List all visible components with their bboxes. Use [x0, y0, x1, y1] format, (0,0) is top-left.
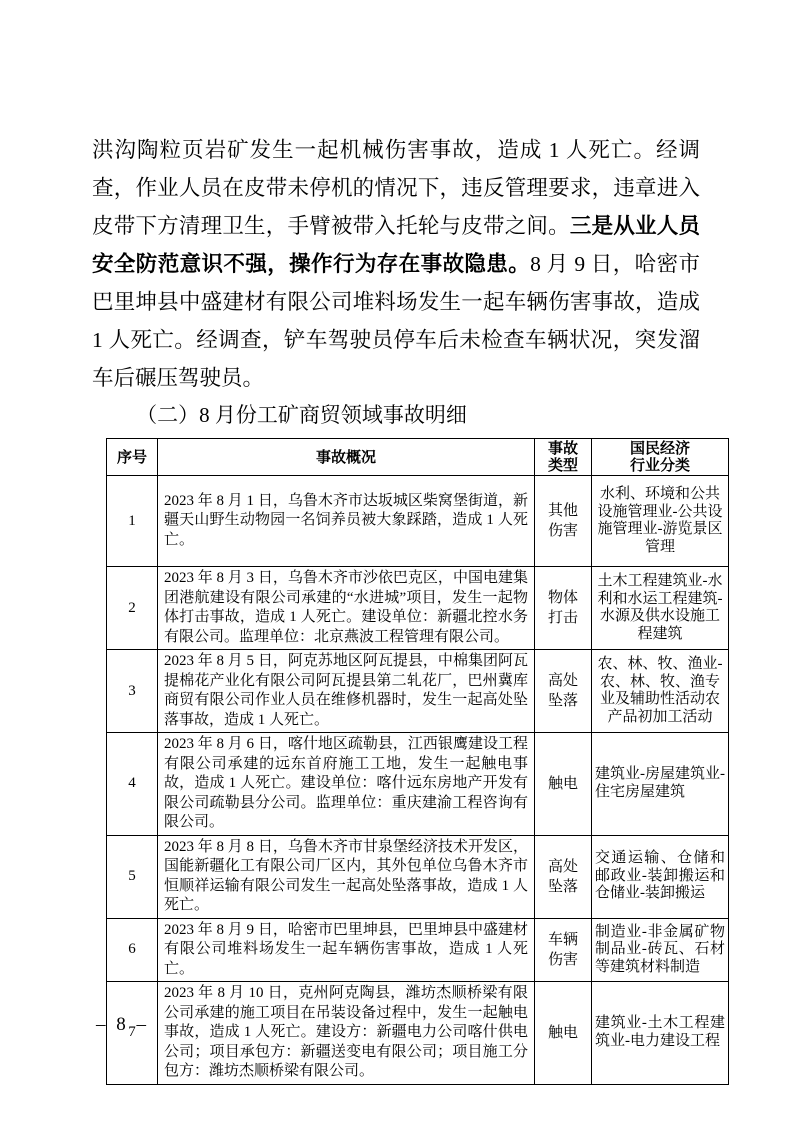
row-overview-cell: 2023 年 8 月 1 日，乌鲁木齐市达坂城区柴窝堡街道，新疆天山野生动物园一…: [158, 476, 535, 567]
header-cell-overview: 事故概况: [158, 439, 535, 476]
row-industry-cell: 制造业-非金属矿物制品业-砖瓦、石材等建筑材料制造: [592, 918, 729, 982]
row-overview-cell: 2023 年 8 月 9 日，哈密市巴里坤县，巴里坤县中盛建材有限公司堆料场发生…: [158, 918, 535, 982]
row-type-cell: 物体 打击: [535, 567, 592, 650]
row-industry-cell: 土木工程建筑业-水利和水运工程建筑-水源及供水设施工程建筑: [592, 567, 729, 650]
row-industry-cell: 交通运输、仓储和邮政业-装卸搬运和仓储业-装卸搬运: [592, 835, 729, 918]
row-type-cell: 高处 坠落: [535, 835, 592, 918]
row-type-cell: 触电: [535, 982, 592, 1085]
header-cell-seq: 序号: [107, 439, 158, 476]
row-seq-cell: 3: [107, 650, 158, 733]
page-number: – 8 –: [96, 1014, 149, 1036]
section-heading: （二）8 月份工矿商贸领域事故明细: [92, 397, 700, 434]
header-cell-type: 事故 类型: [535, 439, 592, 476]
table-row: 52023 年 8 月 8 日，乌鲁木齐市甘泉堡经济技术开发区，国能新疆化工有限…: [107, 835, 729, 918]
table-row: 42023 年 8 月 6 日，喀什地区疏勒县，江西银鹰建设工程有限公司承建的远…: [107, 733, 729, 836]
row-seq-cell: 4: [107, 733, 158, 836]
table-row: 22023 年 8 月 3 日，乌鲁木齐市沙依巴克区，中国电建集团港航建设有限公…: [107, 567, 729, 650]
row-seq-cell: 2: [107, 567, 158, 650]
page-content: 洪沟陶粒页岩矿发生一起机械伤害事故，造成 1 人死亡。经调查，作业人员在皮带未停…: [92, 131, 700, 1085]
row-overview-cell: 2023 年 8 月 8 日，乌鲁木齐市甘泉堡经济技术开发区，国能新疆化工有限公…: [158, 835, 535, 918]
table-body: 12023 年 8 月 1 日，乌鲁木齐市达坂城区柴窝堡街道，新疆天山野生动物园…: [107, 476, 729, 1085]
document-page: 洪沟陶粒页岩矿发生一起机械伤害事故，造成 1 人死亡。经调查，作业人员在皮带未停…: [0, 0, 793, 1122]
row-seq-cell: 1: [107, 476, 158, 567]
row-industry-cell: 建筑业-房屋建筑业-住宅房屋建筑: [592, 733, 729, 836]
row-overview-cell: 2023 年 8 月 10 日，克州阿克陶县，潍坊杰顺桥梁有限公司承建的施工项目…: [158, 982, 535, 1085]
table-row: 72023 年 8 月 10 日，克州阿克陶县，潍坊杰顺桥梁有限公司承建的施工项…: [107, 982, 729, 1085]
table-header-row: 序号 事故概况 事故 类型 国民经济 行业分类: [107, 439, 729, 476]
header-cell-industry: 国民经济 行业分类: [592, 439, 729, 476]
row-overview-cell: 2023 年 8 月 6 日，喀什地区疏勒县，江西银鹰建设工程有限公司承建的远东…: [158, 733, 535, 836]
table-head: 序号 事故概况 事故 类型 国民经济 行业分类: [107, 439, 729, 476]
row-overview-cell: 2023 年 8 月 3 日，乌鲁木齐市沙依巴克区，中国电建集团港航建设有限公司…: [158, 567, 535, 650]
table-row: 62023 年 8 月 9 日，哈密市巴里坤县，巴里坤县中盛建材有限公司堆料场发…: [107, 918, 729, 982]
row-type-cell: 其他 伤害: [535, 476, 592, 567]
row-type-cell: 车辆 伤害: [535, 918, 592, 982]
paragraph-accident-summary: 洪沟陶粒页岩矿发生一起机械伤害事故，造成 1 人死亡。经调查，作业人员在皮带未停…: [92, 131, 700, 397]
row-industry-cell: 建筑业-土木工程建筑业-电力建设工程: [592, 982, 729, 1085]
row-seq-cell: 5: [107, 835, 158, 918]
row-industry-cell: 农、林、牧、渔业-农、林、牧、渔专业及辅助性活动农产品初加工活动: [592, 650, 729, 733]
row-industry-cell: 水利、环境和公共设施管理业-公共设施管理业-游览景区管理: [592, 476, 729, 567]
row-seq-cell: 6: [107, 918, 158, 982]
table-row: 12023 年 8 月 1 日，乌鲁木齐市达坂城区柴窝堡街道，新疆天山野生动物园…: [107, 476, 729, 567]
row-type-cell: 高处 坠落: [535, 650, 592, 733]
row-overview-cell: 2023 年 8 月 5 日，阿克苏地区阿瓦提县，中棉集团阿瓦提棉花产业化有限公…: [158, 650, 535, 733]
accident-detail-table: 序号 事故概况 事故 类型 国民经济 行业分类 12023 年 8 月 1 日，…: [106, 438, 729, 1085]
table-row: 32023 年 8 月 5 日，阿克苏地区阿瓦提县，中棉集团阿瓦提棉花产业化有限…: [107, 650, 729, 733]
row-type-cell: 触电: [535, 733, 592, 836]
